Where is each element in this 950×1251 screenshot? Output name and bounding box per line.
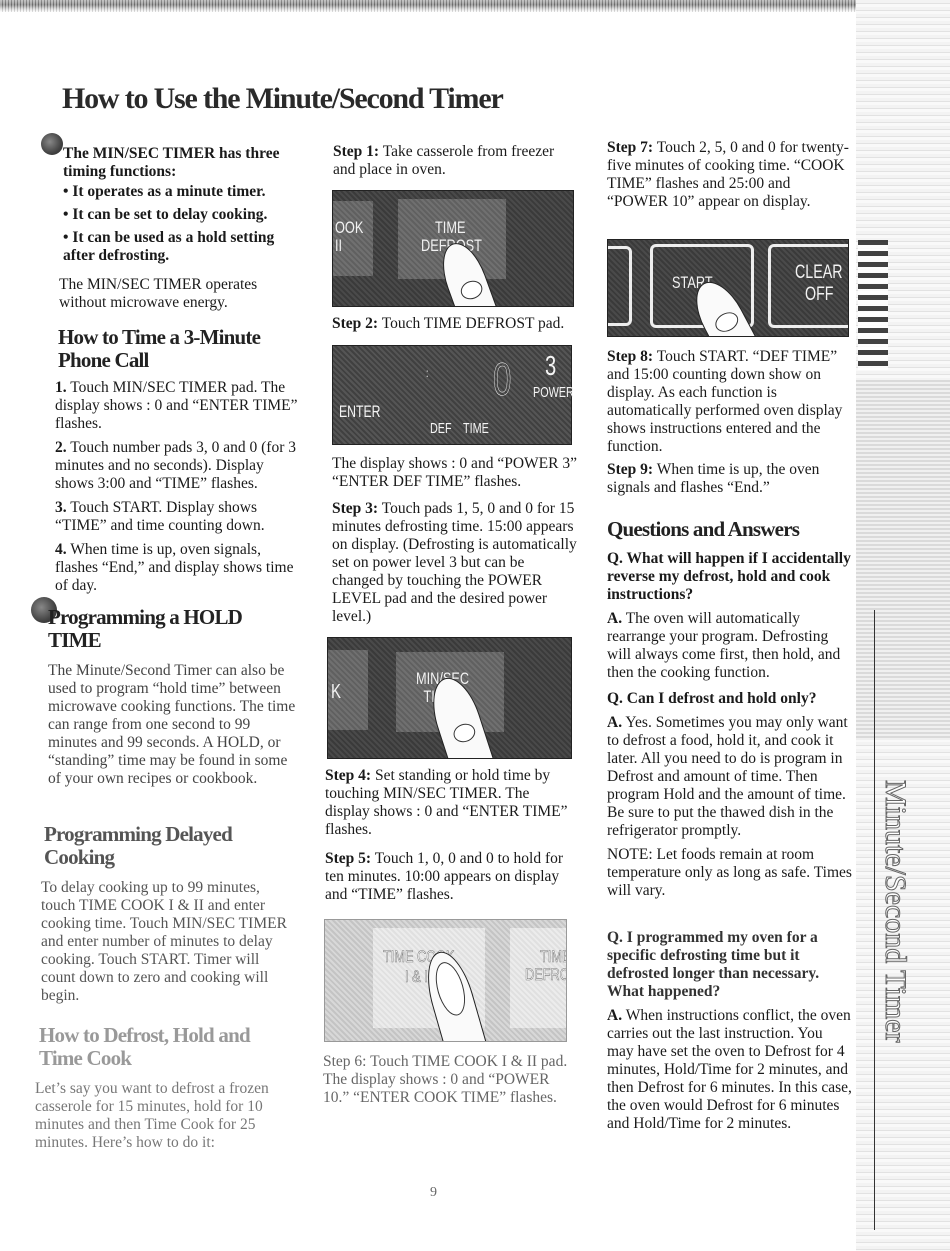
intro-bullets: • It operates as a minute timer. • It ca…	[63, 183, 308, 265]
phone-call-section: How to Time a 3-Minute Phone Call	[58, 326, 298, 372]
colon-indicator: :	[426, 366, 428, 380]
page-title: How to Use the Minute/Second Timer	[62, 82, 503, 116]
pad-label: CLEAR	[795, 264, 843, 282]
pad-label: TIME	[540, 948, 567, 966]
step-6: Step 6: Touch TIME COOK I & II pad. The …	[323, 1053, 573, 1107]
defrost-hold-cook-heading: How to Defrost, Hold and Time Cook	[39, 1024, 279, 1070]
step-9: Step 9: When time is up, the oven signal…	[607, 461, 852, 497]
qa-section: Questions and Answers	[607, 518, 852, 541]
step-item: 4. When time is up, oven signals, flashe…	[55, 541, 305, 595]
defrost-hold-cook-section: How to Defrost, Hold and Time Cook	[39, 1024, 279, 1070]
pad-label: K	[331, 683, 341, 701]
bullet-item: • It can be used as a hold setting after…	[63, 229, 308, 265]
step-1: Step 1: Take casserole from freezer and …	[333, 143, 578, 179]
step-3: Step 3: Touch pads 1, 5, 0 and 0 for 15 …	[332, 500, 577, 626]
intro-note: The MIN/SEC TIMER operates without micro…	[59, 276, 289, 312]
qa-item: Q. Can I defrost and hold only? A. Yes. …	[607, 690, 852, 900]
photo-time-cook-pad: TIME COOK I & II TIME DEFROST	[324, 919, 567, 1042]
display-panel: : 0 3 POWER ENTER DEF TIME	[332, 345, 572, 445]
phone-call-steps: 1. Touch MIN/SEC TIMER pad. The display …	[55, 379, 305, 595]
note: NOTE: Let foods remain at room temperatu…	[607, 846, 852, 900]
answer: A. Yes. Sometimes you may only want to d…	[607, 714, 852, 840]
answer: A. When instructions conflict, the oven …	[607, 1007, 852, 1133]
step-8: Step 8: Touch START. “DEF TIME” and 15:0…	[607, 348, 852, 456]
question: Q. I programmed my oven for a specific d…	[607, 929, 852, 1001]
step-5: Step 5: Touch 1, 0, 0 and 0 to hold for …	[325, 850, 575, 904]
qa-item: Q. I programmed my oven for a specific d…	[607, 929, 852, 1133]
hold-time-section: Programming a HOLD TIME	[48, 606, 288, 652]
question: Q. Can I defrost and hold only?	[607, 690, 852, 708]
step-7: Step 7: Touch 2, 5, 0 and 0 for twenty-f…	[607, 139, 852, 211]
page-number: 9	[430, 1185, 437, 1201]
answer: A. The oven will automatically rearrange…	[607, 610, 852, 682]
display-time-label: TIME	[463, 420, 489, 437]
delayed-cooking-section: Programming Delayed Cooking	[44, 823, 284, 869]
qa-item: Q. What will happen if I accidentally re…	[607, 550, 852, 682]
pad-frame	[607, 246, 632, 326]
side-tab-label: Minute/Second Timer	[872, 780, 912, 1100]
phone-call-heading: How to Time a 3-Minute Phone Call	[58, 326, 298, 372]
step-4: Step 4: Set standing or hold time by tou…	[325, 767, 575, 839]
side-strip-shading	[856, 380, 950, 740]
question: Q. What will happen if I accidentally re…	[607, 550, 852, 604]
display-digit: 0	[493, 352, 511, 406]
display-power-digit: 3	[545, 350, 556, 382]
pad-label: TIME	[435, 219, 465, 237]
delayed-cooking-heading: Programming Delayed Cooking	[44, 823, 284, 869]
side-strip-index-marks	[858, 240, 888, 370]
bullet-item: • It can be set to delay cooking.	[63, 206, 308, 224]
photo-time-defrost-pad: OOKII TIME DEFROST	[332, 190, 574, 307]
qa-heading: Questions and Answers	[607, 518, 852, 541]
display-power-label: POWER	[533, 384, 574, 401]
display-note: The display shows : 0 and “POWER 3” “ENT…	[332, 455, 577, 491]
pad-label: DEFROST	[525, 966, 567, 984]
photo-start-pad: START CLEAR OFF	[607, 239, 849, 337]
intro-heading: The MIN/SEC TIMER has three timing funct…	[63, 145, 303, 181]
display-def-label: DEF	[430, 420, 452, 437]
step-item: 3. Touch START. Display shows “TIME” and…	[55, 499, 305, 535]
hold-time-heading: Programming a HOLD TIME	[48, 606, 288, 652]
bullet-item: • It operates as a minute timer.	[63, 183, 308, 201]
display-enter-label: ENTER	[339, 402, 380, 422]
hold-time-body: The Minute/Second Timer can also be used…	[48, 662, 300, 788]
step-2: Step 2: Touch TIME DEFROST pad.	[332, 315, 577, 333]
section-bullet-icon	[41, 133, 63, 155]
scan-top-edge	[0, 0, 860, 12]
step-item: 1. Touch MIN/SEC TIMER pad. The display …	[55, 379, 305, 433]
delayed-cooking-body: To delay cooking up to 99 minutes, touch…	[41, 879, 291, 1005]
defrost-hold-cook-body: Let’s say you want to defrost a frozen c…	[35, 1080, 285, 1152]
pad-label: OOKII	[335, 219, 363, 255]
step-item: 2. Touch number pads 3, 0 and 0 (for 3 m…	[55, 439, 305, 493]
pad-label: OFF	[805, 286, 834, 304]
photo-min-sec-timer-pad: K MIN/SECTIMER	[327, 637, 572, 759]
